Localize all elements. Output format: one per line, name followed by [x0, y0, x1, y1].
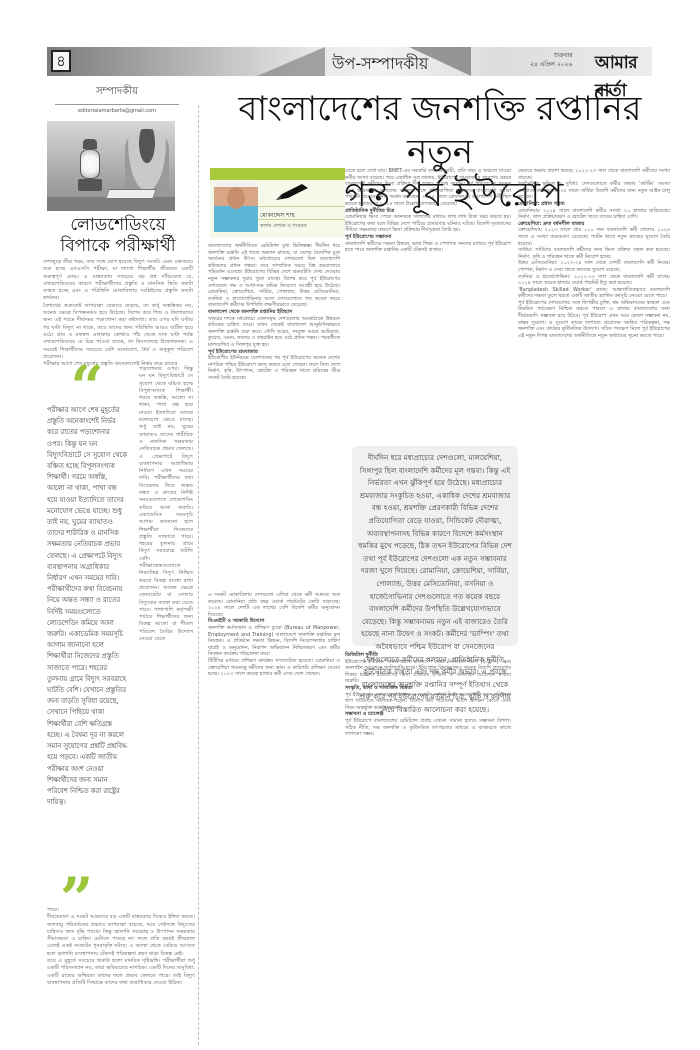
- editorial-paragraph: দেশজুড়ে তীব্র গরম, তার সঙ্গে যোগ হয়েছে…: [43, 259, 193, 303]
- article-column-2: যেতে হলে দেখা যায়। BMET-এর সরকারি তথ্য …: [345, 168, 511, 254]
- article-paragraph: পূর্ব ইউরোপের দেশগুলোর সঙ্গে দ্বিপক্ষীয়…: [518, 300, 670, 340]
- lantern-icon: [77, 133, 103, 195]
- article-paragraph: বসনিয়া ও হার্জেগোভিনা: ২০২২-২৩ সাল থেকে…: [518, 274, 670, 287]
- article-paragraph: বাংলাদেশের অর্থনীতিতে রেমিট্যান্স মুখ্য …: [208, 243, 340, 309]
- article-subheading: বাংলাদেশ থেকে জনশক্তি রপ্তানির ইতিহাস: [208, 309, 340, 316]
- issue-date-text: ২৪ এপ্রিল ২০২৬: [530, 60, 572, 69]
- fountain-pen-icon: [272, 182, 312, 202]
- editorial-tail: পারে। দীর্ঘমেয়াদে এ সংকট আমাদের বড় একট…: [47, 907, 195, 987]
- editorial-headline[interactable]: লোডশেডিংয়ে বিপাকে পরীক্ষার্থী: [43, 215, 193, 257]
- editorial-illustration: [47, 121, 175, 211]
- article-subheading: রোমানিয়া: প্রধান গন্তব্য: [518, 201, 670, 208]
- editorial-narrow-column: পড়াশোনার ওপর। কিন্তু ঘন ঘন বিদ্যুৎবিভ্র…: [139, 366, 193, 643]
- column-divider: [198, 105, 199, 1045]
- editorial-paragraph: বৈশাখের শুরুতেই তাপমাত্রা যেভাবে বাড়ছে,…: [43, 303, 193, 361]
- open-quote-icon: “: [47, 365, 127, 405]
- article-paragraph: পূর্ব ইউরোপের দেশগুলোতে ভাষা ও সংস্কৃতি …: [345, 692, 511, 712]
- article-paragraph: ইউরোপের কর্মীদের 'সাধারণভাবে বাংলাদেশ থে…: [345, 659, 511, 685]
- article-paragraph: রোমানিয়ায় ২০২৪ সালে বাংলাদেশি কর্মীর স…: [518, 208, 670, 221]
- article-paragraph: ইউরোপীয় ইউনিয়নে যোগদানের পর পূর্ব ইউরো…: [208, 355, 340, 381]
- editorial-label: সম্পাদকীয়: [55, 84, 179, 105]
- article-paragraph: বাংলাদেশি কর্মীদের দক্ষতা উন্নয়ন, ভাষা …: [345, 241, 511, 254]
- article-paragraph: পূর্ব ইউরোপে বাংলাদেশের রেমিট্যান্স প্রব…: [345, 718, 511, 738]
- author-avatar: [214, 182, 258, 232]
- editorial-email[interactable]: editorialamarbarta@gmail.com: [47, 108, 187, 114]
- editorial-body: দেশজুড়ে তীব্র গরম, তার সঙ্গে যোগ হয়েছে…: [43, 259, 193, 368]
- article-subheading: বিএমইটি ও সরকারি উদ্যোগ: [208, 618, 340, 625]
- article-subheading: ডিজিটাল দুর্নীতি: [345, 652, 511, 659]
- article-paragraph: রোমানিয়ার ভিসা পেতে অনেককে দালালের মাধ্…: [345, 214, 511, 234]
- article-paragraph: টিটিসির মাধ্যমে প্রশিক্ষণ কার্যক্রম সম্প…: [208, 658, 340, 678]
- article-column-2-lower: ডিজিটাল দুর্নীতি ইউরোপের কর্মীদের 'সাধার…: [345, 652, 511, 738]
- article-subheading: পূর্ব ইউরোপের সম্ভাবনা: [345, 234, 511, 241]
- article-column-3: ভেতরে অভাব প্রকাশ করছে। ২০২২-২৩ সাল থেকে…: [518, 168, 670, 339]
- article-paragraph: ক্রোয়েশিয়ায় ২০২৩ সালে প্রায় ১০০ জন ব…: [518, 227, 670, 247]
- editorial-paragraph: তবে এ মুহূর্তে সবচেয়ে জরুরি হলো মানবিক …: [47, 958, 195, 987]
- article-subheading: সম্ভাবনা ও চ্যালেঞ্জ: [345, 711, 511, 718]
- issue-day: শুক্রবার: [530, 51, 572, 60]
- article-paragraph: সার্বিয়া: সার্বিয়ায় বাংলাদেশি কর্মীদে…: [518, 247, 670, 260]
- editorial-paragraph: দীর্ঘমেয়াদে এ সংকট আমাদের বড় একটি বাস্…: [47, 914, 195, 958]
- article-column-1: বাংলাদেশের অর্থনীতিতে রেমিট্যান্স মুখ্য …: [208, 243, 340, 381]
- article-paragraph: যেতে হলে দেখা যায়। BMET-এর সরকারি তথ্য …: [345, 168, 511, 208]
- article-paragraph: উত্তর মেসিডোনিয়া: ২০২৩-২৪ সাল থেকে দেশট…: [518, 260, 670, 273]
- editorial-pull-quote: “ পরীক্ষার আগে শেষ মুহূর্তের প্রস্তুতি অ…: [47, 365, 127, 808]
- article-paragraph: সত্তরের দশকে মধ্যপ্রাচ্যে তেলসমৃদ্ধ দেশগ…: [208, 316, 340, 349]
- author-byline-box: মোকাদ্দেস শাহ কলাম লেখক ও গবেষক: [210, 168, 345, 238]
- issue-date: শুক্রবার ২৪ এপ্রিল ২০২৬: [530, 51, 572, 69]
- page-number: ৪: [51, 50, 71, 72]
- article-paragraph: অর্থনৈতিক ভূমিকা ও সুবিধা: দেশগুলোতে কর্…: [518, 181, 670, 201]
- article-paragraph: 'Bangladesh Skilled Worker' ব্র্যান্ড: আ…: [518, 287, 670, 300]
- article-paragraph: জনশক্তি কর্মসংস্থান ও প্রশিক্ষণ ব্যুরো (…: [208, 625, 340, 658]
- author-title: কলাম লেখক ও গবেষক: [260, 223, 307, 231]
- editorial-section: সম্পাদকীয় editorialamarbarta@gmail.com …: [47, 84, 187, 368]
- pull-quote-text: পরীক্ষার আগে শেষ মুহূর্তের প্রস্তুতি অনে…: [47, 405, 127, 808]
- header-decor-slash-right: [409, 47, 471, 76]
- article-column-1-lower: এ সংকট মোকাবিলায় দেশগুলো এশিয়া থেকে কর…: [208, 592, 340, 678]
- article-pull-box: দীর্ঘদিন ধরে মধ্যপ্রাচ্যের দেশগুলো, মালয…: [352, 446, 518, 646]
- article-subheading: সংস্কৃতি, ভাষা ও সামাজিক ভিন্নতা: [345, 685, 511, 692]
- headline-line-1: বাংলাদেশের জনশক্তি রপ্তানির নতুন: [205, 88, 675, 174]
- header-decor-slash-left: [257, 47, 325, 76]
- book-icon: [105, 189, 157, 199]
- page-header: ৪ উপ-সম্পাদকীয় শুক্রবার ২৪ এপ্রিল ২০২৬ …: [47, 47, 652, 76]
- article-paragraph: এ সংকট মোকাবিলায় দেশগুলো এশিয়া থেকে কর…: [208, 592, 340, 618]
- article-paragraph: ভেতরে অভাব প্রকাশ করছে। ২০২২-২৩ সাল থেকে…: [518, 168, 670, 181]
